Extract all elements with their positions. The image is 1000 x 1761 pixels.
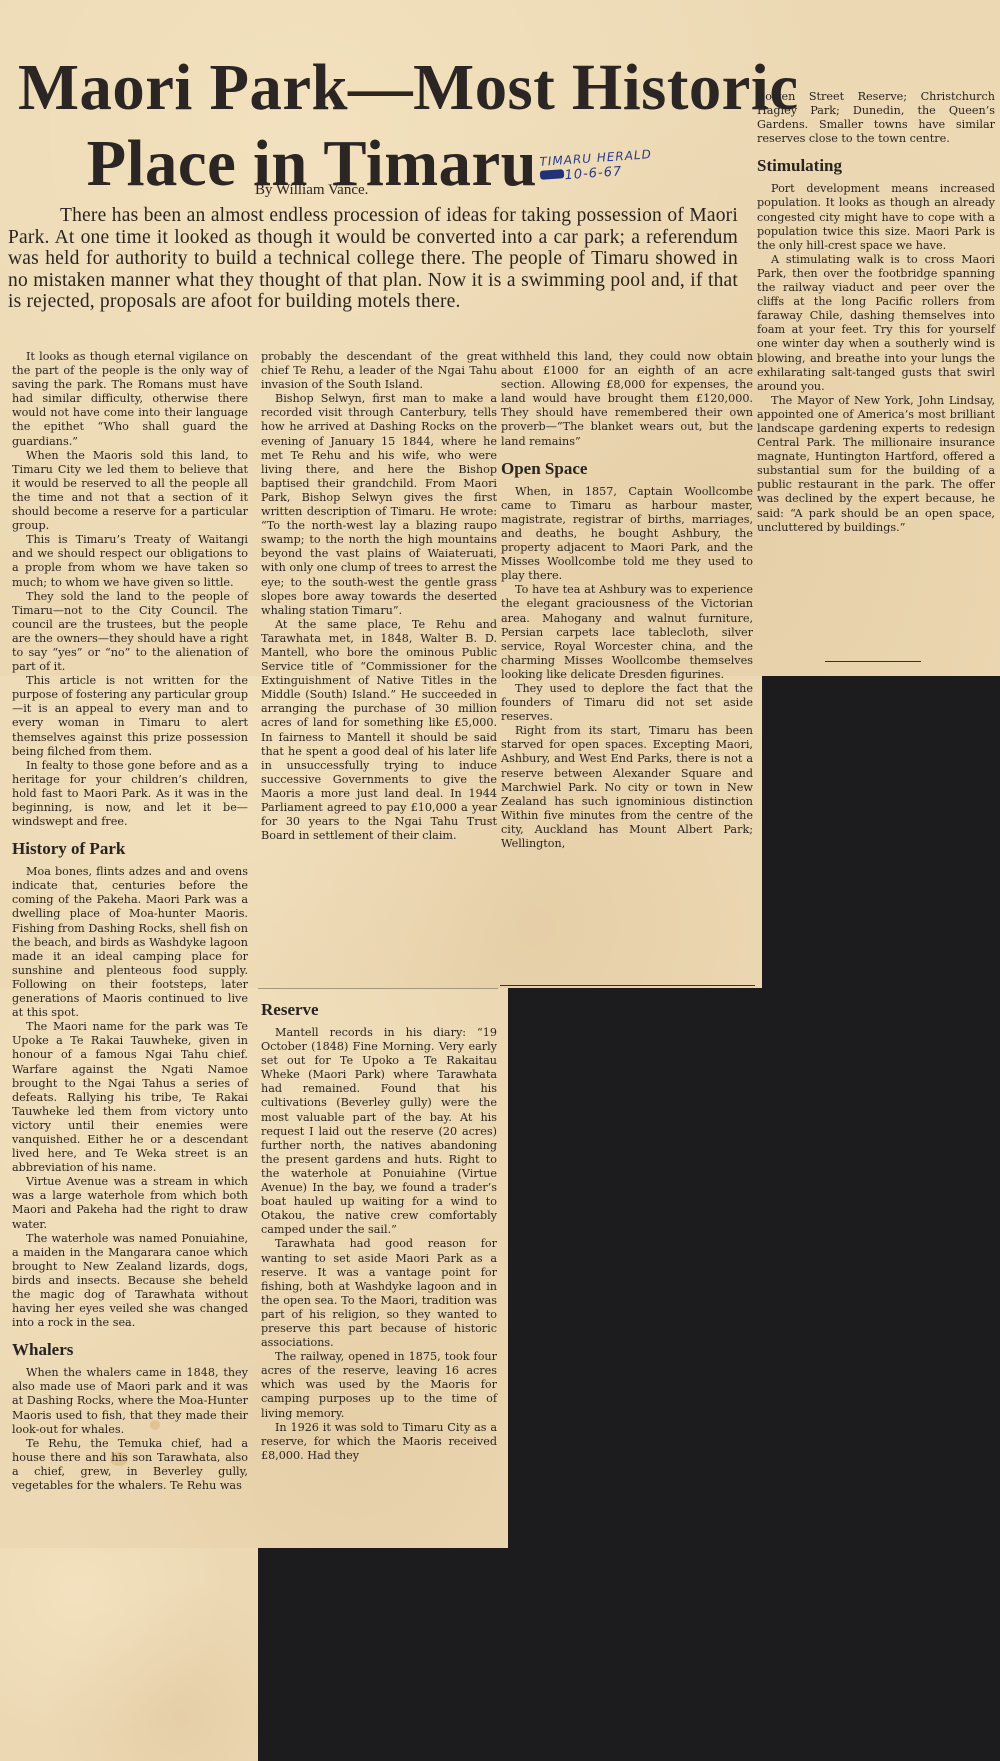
paragraph: Moa bones, flints adzes and and ovens in… xyxy=(12,865,248,1020)
paragraph: probably the descendant of the great chi… xyxy=(261,350,497,392)
paragraph: It looks as though eternal vigilance on … xyxy=(12,350,248,449)
paragraph: When the Maoris sold this land, to Timar… xyxy=(12,449,248,534)
paragraph: In 1926 it was sold to Timaru City as a … xyxy=(261,1421,497,1463)
paragraph: At the same place, Te Rehu and Tarawhata… xyxy=(261,618,497,844)
paragraph: The Mayor of New York, John Lindsay, app… xyxy=(757,394,995,535)
paragraph: In fealty to those gone before and as a … xyxy=(12,759,248,829)
paragraph: A stimulating walk is to cross Maori Par… xyxy=(757,253,995,394)
intro-paragraph: There has been an almost endless process… xyxy=(8,205,738,313)
subheading-open-space: Open Space xyxy=(501,459,753,479)
end-of-article-rule xyxy=(825,661,921,662)
paragraph: They used to deplore the fact that the f… xyxy=(501,682,753,724)
subheading-whalers: Whalers xyxy=(12,1340,248,1360)
article-column-4: Bowen Street Reserve; Christchurch Hagle… xyxy=(757,90,995,535)
paragraph: withheld this land, they could now obtai… xyxy=(501,350,753,449)
paragraph: Tarawhata had good reason for wanting to… xyxy=(261,1237,497,1350)
paragraph: When the whalers came in 1848, they also… xyxy=(12,1366,248,1436)
paragraph: The railway, opened in 1875, took four a… xyxy=(261,1350,497,1420)
paragraph: To have tea at Ashbury was to experience… xyxy=(501,583,753,682)
paragraph: The waterhole was named Ponuiahine, a ma… xyxy=(12,1232,248,1331)
article-column-3: withheld this land, they could now obtai… xyxy=(501,350,753,851)
paragraph: Virtue Avenue was a stream in which was … xyxy=(12,1175,248,1231)
subheading-reserve: Reserve xyxy=(261,1000,497,1020)
paragraph: They sold the land to the people of Tima… xyxy=(12,590,248,675)
paragraph: Bishop Selwyn, first man to make a recor… xyxy=(261,392,497,618)
newspaper-clipping-bottom xyxy=(0,1548,258,1761)
paragraph: Te Rehu, the Temuka chief, had a house t… xyxy=(12,1437,248,1493)
subheading-stimulating: Stimulating xyxy=(757,156,995,176)
column-end-rule xyxy=(500,985,755,986)
article-column-2: probably the descendant of the great chi… xyxy=(261,350,497,843)
subheading-history-of-park: History of Park xyxy=(12,839,248,859)
paragraph: The Maori name for the park was Te Upoke… xyxy=(12,1020,248,1175)
paragraph: This is Timaru’s Treaty of Waitangi and … xyxy=(12,533,248,589)
fold-line xyxy=(258,988,498,989)
paragraph: Mantell records in his diary: “19 Octobe… xyxy=(261,1026,497,1237)
paragraph: When, in 1857, Captain Woollcombe came t… xyxy=(501,485,753,584)
paragraph: Port development means increased populat… xyxy=(757,182,995,252)
paragraph: This article is not written for the purp… xyxy=(12,674,248,759)
article-column-2-reserve: Reserve Mantell records in his diary: “1… xyxy=(261,990,497,1463)
byline: By William Vance. xyxy=(255,182,368,199)
article-column-1: It looks as though eternal vigilance on … xyxy=(12,350,248,1493)
paragraph: Right from its start, Timaru has been st… xyxy=(501,724,753,851)
paragraph: Bowen Street Reserve; Christchurch Hagle… xyxy=(757,90,995,146)
